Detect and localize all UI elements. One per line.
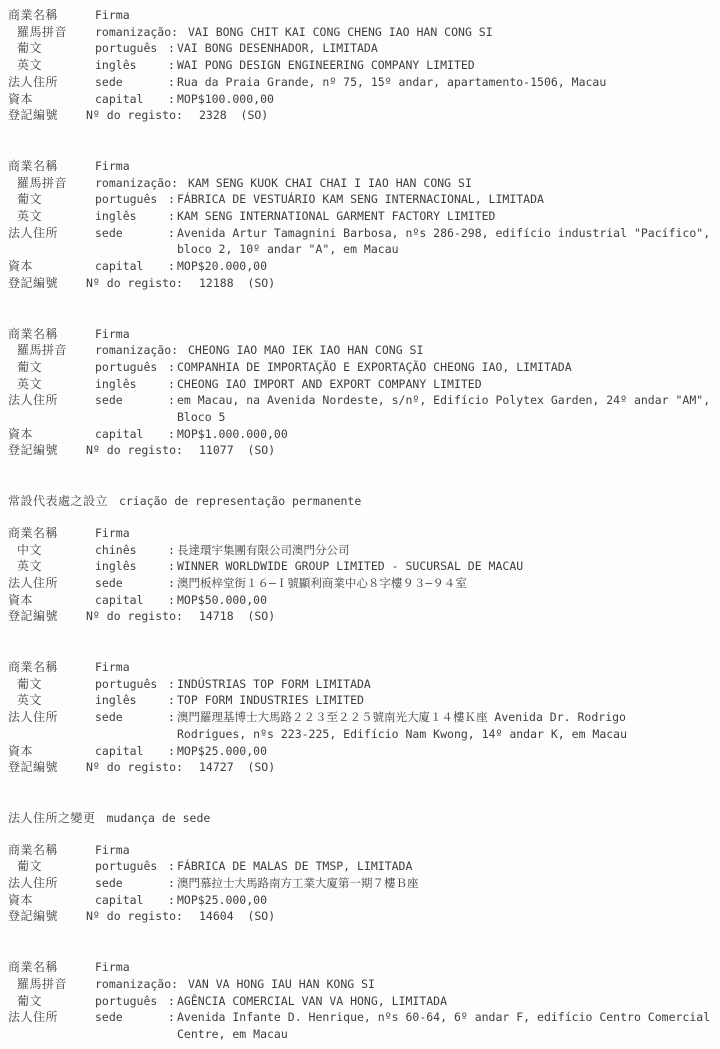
field-label-chinese: 葡文 xyxy=(17,359,42,376)
field-label-portuguese: Firma xyxy=(95,842,130,859)
field-label-chinese: 資本 xyxy=(8,258,33,275)
field-value: KAM SENG KUOK CHAI CHAI I IAO HAN CONG S… xyxy=(188,175,720,192)
field-value: INDÚSTRIAS TOP FORM LIMITADA xyxy=(177,676,720,693)
field-label-chinese: 登記編號 xyxy=(8,107,58,124)
field-value: MOP$100.000,00 xyxy=(177,91,720,108)
field-label-portuguese: português xyxy=(95,993,157,1010)
entry-field-row: 法人住所sede:Avenida Artur Tamagnini Barbosa… xyxy=(0,225,720,258)
entry-field-row: 法人住所sede:Rua da Praia Grande, nº 75, 15º… xyxy=(0,74,720,91)
field-value-line: KAM SENG INTERNATIONAL GARMENT FACTORY L… xyxy=(177,208,720,225)
field-colon: : xyxy=(168,542,175,559)
field-value: MOP$20.000,00 xyxy=(177,258,720,275)
field-label-chinese: 葡文 xyxy=(17,40,42,57)
entry-field-row: 商業名稱Firma xyxy=(0,959,720,976)
field-colon: : xyxy=(168,74,175,91)
field-value: FÁBRICA DE MALAS DE TMSP, LIMITADA xyxy=(177,858,720,875)
field-label-chinese: 登記編號 xyxy=(8,908,58,925)
field-label-portuguese: Firma xyxy=(95,959,130,976)
field-value-line: CHEONG IAO MAO IEK IAO HAN CONG SI xyxy=(188,342,720,359)
registry-entry: 商業名稱Firma葡文português:FÁBRICA DE MALAS DE… xyxy=(0,842,720,926)
entry-field-row: 葡文português:VAI BONG DESENHADOR, LIMITAD… xyxy=(0,40,720,57)
field-value: MOP$25.000,00 xyxy=(177,743,720,760)
entry-field-row: 資本capital:MOP$25.000,00 xyxy=(0,743,720,760)
field-value: FÁBRICA DE VESTUÁRIO KAM SENG INTERNACIO… xyxy=(177,191,720,208)
field-value: AGÊNCIA COMERCIAL VAN VA HONG, LIMITADA xyxy=(177,993,720,1010)
field-label-chinese: 資本 xyxy=(8,91,33,108)
field-label-chinese: 葡文 xyxy=(17,191,42,208)
field-value-line: 14604 (SO) xyxy=(199,908,720,925)
field-colon: : xyxy=(168,592,175,609)
field-label-chinese: 羅馬拼音 xyxy=(17,976,67,993)
field-label-portuguese: Nº do registo: xyxy=(86,442,183,459)
field-label-chinese: 法人住所 xyxy=(8,875,58,892)
field-colon: : xyxy=(168,575,175,592)
field-label-portuguese: português xyxy=(95,191,157,208)
entry-field-row: 商業名稱Firma xyxy=(0,842,720,859)
registry-entry: 商業名稱Firma中文chinês:長達環宇集團有限公司澳門分公司英文inglê… xyxy=(0,525,720,625)
field-label-chinese: 羅馬拼音 xyxy=(17,24,67,41)
field-colon: : xyxy=(168,1009,175,1026)
field-value: WAI PONG DESIGN ENGINEERING COMPANY LIMI… xyxy=(177,57,720,74)
section-heading-chinese: 常設代表處之設立 xyxy=(8,494,108,508)
field-value: VAI BONG CHIT KAI CONG CHENG IAO HAN CON… xyxy=(188,24,720,41)
field-value-line: MOP$20.000,00 xyxy=(177,258,720,275)
field-colon: : xyxy=(168,392,175,409)
field-label-chinese: 英文 xyxy=(17,57,42,74)
entry-field-row: 法人住所sede:澳門羅理基博士大馬路２２３至２２５號南光大廈１４樓Ｋ座 Ave… xyxy=(0,709,720,742)
field-label-portuguese: Firma xyxy=(95,326,130,343)
field-label-chinese: 法人住所 xyxy=(8,709,58,726)
field-label-chinese: 商業名稱 xyxy=(8,7,58,24)
entry-field-row: 葡文português:COMPANHIA DE IMPORTAÇÃO E EX… xyxy=(0,359,720,376)
field-value-line: 14727 (SO) xyxy=(199,759,720,776)
field-label-portuguese: inglês xyxy=(95,376,137,393)
field-value-line: 澳門板梓堂街１６—Ｉ號顯利商業中心８字樓９３—９４室 xyxy=(177,575,720,592)
entry-field-row: 法人住所sede:Avenida Infante D. Henrique, nº… xyxy=(0,1009,720,1042)
field-colon: : xyxy=(168,676,175,693)
entry-field-row: 葡文português:FÁBRICA DE VESTUÁRIO KAM SEN… xyxy=(0,191,720,208)
field-label-chinese: 登記編號 xyxy=(8,608,58,625)
registry-entry: 商業名稱Firma羅馬拼音romanização:KAM SENG KUOK C… xyxy=(0,158,720,292)
entry-field-row: 資本capital:MOP$50.000,00 xyxy=(0,592,720,609)
registry-entry: 商業名稱Firma羅馬拼音romanização:VAN VA HONG IAU… xyxy=(0,959,720,1043)
field-label-chinese: 法人住所 xyxy=(8,575,58,592)
field-value-line: VAN VA HONG IAU HAN KONG SI xyxy=(188,976,720,993)
field-label-chinese: 商業名稱 xyxy=(8,842,58,859)
field-label-portuguese: capital xyxy=(95,426,143,443)
field-value: 14727 (SO) xyxy=(199,759,720,776)
field-value: 2328 (SO) xyxy=(199,107,720,124)
field-value-line: KAM SENG KUOK CHAI CHAI I IAO HAN CONG S… xyxy=(188,175,720,192)
field-value-line: bloco 2, 10º andar "A", em Macau xyxy=(177,241,720,258)
section-heading: 常設代表處之設立 criação de representação perman… xyxy=(0,493,720,510)
field-value: Avenida Artur Tamagnini Barbosa, nºs 286… xyxy=(177,225,720,258)
field-value-line: Rua da Praia Grande, nº 75, 15º andar, a… xyxy=(177,74,720,91)
field-colon: : xyxy=(168,858,175,875)
field-colon: : xyxy=(168,57,175,74)
field-label-portuguese: inglês xyxy=(95,208,137,225)
registry-entry: 商業名稱Firma羅馬拼音romanização:CHEONG IAO MAO … xyxy=(0,326,720,460)
field-value-line: Bloco 5 xyxy=(177,409,720,426)
field-value: 11077 (SO) xyxy=(199,442,720,459)
gazette-section: 商業名稱Firma羅馬拼音romanização:VAI BONG CHIT K… xyxy=(0,7,720,459)
field-value: 澳門板梓堂街１６—Ｉ號顯利商業中心８字樓９３—９４室 xyxy=(177,575,720,592)
entry-field-row: 法人住所sede:澳門慕拉士大馬路南方工業大廈第一期７樓Ｂ座 xyxy=(0,875,720,892)
field-label-portuguese: Nº do registo: xyxy=(86,908,183,925)
field-label-portuguese: romanização: xyxy=(95,976,178,993)
field-label-chinese: 登記編號 xyxy=(8,759,58,776)
field-value: 長達環宇集團有限公司澳門分公司 xyxy=(177,542,720,559)
field-label-portuguese: inglês xyxy=(95,692,137,709)
entry-field-row: 英文inglês:WINNER WORLDWIDE GROUP LIMITED … xyxy=(0,558,720,575)
field-value-line: CHEONG IAO IMPORT AND EXPORT COMPANY LIM… xyxy=(177,376,720,393)
registry-document-page: 商業名稱Firma羅馬拼音romanização:VAI BONG CHIT K… xyxy=(0,0,720,1049)
field-colon: : xyxy=(168,258,175,275)
field-label-portuguese: romanização: xyxy=(95,342,178,359)
field-value-line: 澳門慕拉士大馬路南方工業大廈第一期７樓Ｂ座 xyxy=(177,875,720,892)
field-value: VAN VA HONG IAU HAN KONG SI xyxy=(188,976,720,993)
entry-field-row: 資本capital:MOP$100.000,00 xyxy=(0,91,720,108)
field-label-portuguese: português xyxy=(95,676,157,693)
entry-field-row: 葡文português:INDÚSTRIAS TOP FORM LIMITADA xyxy=(0,676,720,693)
entry-field-row: 登記編號Nº do registo:14727 (SO) xyxy=(0,759,720,776)
field-label-portuguese: capital xyxy=(95,258,143,275)
field-value: 12188 (SO) xyxy=(199,275,720,292)
field-label-portuguese: Nº do registo: xyxy=(86,275,183,292)
field-label-chinese: 中文 xyxy=(17,542,42,559)
field-label-portuguese: Nº do registo: xyxy=(86,107,183,124)
field-colon: : xyxy=(168,426,175,443)
field-colon: : xyxy=(168,743,175,760)
field-label-chinese: 法人住所 xyxy=(8,225,58,242)
entry-field-row: 登記編號Nº do registo:11077 (SO) xyxy=(0,442,720,459)
field-value-line: MOP$1.000.000,00 xyxy=(177,426,720,443)
field-value-line: MOP$25.000,00 xyxy=(177,743,720,760)
field-label-portuguese: sede xyxy=(95,575,123,592)
field-label-chinese: 法人住所 xyxy=(8,74,58,91)
field-label-chinese: 資本 xyxy=(8,892,33,909)
field-label-chinese: 葡文 xyxy=(17,676,42,693)
entry-field-row: 法人住所sede:澳門板梓堂街１６—Ｉ號顯利商業中心８字樓９３—９４室 xyxy=(0,575,720,592)
field-value-line: MOP$100.000,00 xyxy=(177,91,720,108)
field-label-chinese: 葡文 xyxy=(17,858,42,875)
field-label-chinese: 葡文 xyxy=(17,993,42,1010)
section-heading-chinese: 法人住所之變更 xyxy=(8,811,96,825)
field-colon: : xyxy=(168,225,175,242)
entry-field-row: 葡文português:AGÊNCIA COMERCIAL VAN VA HON… xyxy=(0,993,720,1010)
field-label-chinese: 英文 xyxy=(17,558,42,575)
entry-field-row: 商業名稱Firma xyxy=(0,326,720,343)
field-value-line: 14718 (SO) xyxy=(199,608,720,625)
field-colon: : xyxy=(168,208,175,225)
field-label-portuguese: sede xyxy=(95,392,123,409)
field-colon: : xyxy=(168,892,175,909)
gazette-section: 法人住所之變更 mudança de sede商業名稱Firma葡文portug… xyxy=(0,810,720,1043)
field-label-chinese: 法人住所 xyxy=(8,1009,58,1026)
field-value: 14604 (SO) xyxy=(199,908,720,925)
field-value-line: Centre, em Macau xyxy=(177,1026,720,1043)
field-label-chinese: 羅馬拼音 xyxy=(17,342,67,359)
field-value: 澳門羅理基博士大馬路２２３至２２５號南光大廈１４樓Ｋ座 Avenida Dr. … xyxy=(177,709,720,742)
section-heading-portuguese: mudança de sede xyxy=(106,811,210,825)
registry-entry: 商業名稱Firma羅馬拼音romanização:VAI BONG CHIT K… xyxy=(0,7,720,124)
field-value-line: em Macau, na Avenida Nordeste, s/nº, Edi… xyxy=(177,392,720,409)
field-value-line: Rodrigues, nºs 223-225, Edifício Nam Kwo… xyxy=(177,726,720,743)
field-colon: : xyxy=(168,993,175,1010)
entry-field-row: 英文inglês:TOP FORM INDUSTRIES LIMITED xyxy=(0,692,720,709)
field-value: 14718 (SO) xyxy=(199,608,720,625)
field-label-chinese: 商業名稱 xyxy=(8,326,58,343)
entry-field-row: 中文chinês:長達環宇集團有限公司澳門分公司 xyxy=(0,542,720,559)
field-label-portuguese: Firma xyxy=(95,158,130,175)
entry-field-row: 資本capital:MOP$20.000,00 xyxy=(0,258,720,275)
field-label-portuguese: chinês xyxy=(95,542,137,559)
field-label-chinese: 商業名稱 xyxy=(8,659,58,676)
field-label-portuguese: inglês xyxy=(95,57,137,74)
registry-entry: 商業名稱Firma葡文português:INDÚSTRIAS TOP FORM… xyxy=(0,659,720,776)
field-label-chinese: 商業名稱 xyxy=(8,525,58,542)
field-value: CHEONG IAO MAO IEK IAO HAN CONG SI xyxy=(188,342,720,359)
field-value-line: INDÚSTRIAS TOP FORM LIMITADA xyxy=(177,676,720,693)
section-heading-portuguese: criação de representação permanente xyxy=(119,494,361,508)
field-label-chinese: 英文 xyxy=(17,208,42,225)
entry-field-row: 羅馬拼音romanização:CHEONG IAO MAO IEK IAO H… xyxy=(0,342,720,359)
field-value: MOP$1.000.000,00 xyxy=(177,426,720,443)
field-colon: : xyxy=(168,692,175,709)
entry-field-row: 登記編號Nº do registo:14604 (SO) xyxy=(0,908,720,925)
entry-field-row: 登記編號Nº do registo:12188 (SO) xyxy=(0,275,720,292)
entry-field-row: 商業名稱Firma xyxy=(0,659,720,676)
field-label-portuguese: Firma xyxy=(95,7,130,24)
field-value: Rua da Praia Grande, nº 75, 15º andar, a… xyxy=(177,74,720,91)
entry-field-row: 葡文português:FÁBRICA DE MALAS DE TMSP, LI… xyxy=(0,858,720,875)
field-value-line: VAI BONG DESENHADOR, LIMITADA xyxy=(177,40,720,57)
entry-field-row: 法人住所sede:em Macau, na Avenida Nordeste, … xyxy=(0,392,720,425)
field-value-line: TOP FORM INDUSTRIES LIMITED xyxy=(177,692,720,709)
field-label-portuguese: capital xyxy=(95,743,143,760)
gazette-section: 常設代表處之設立 criação de representação perman… xyxy=(0,493,720,776)
field-label-portuguese: Nº do registo: xyxy=(86,759,183,776)
field-label-portuguese: sede xyxy=(95,709,123,726)
field-colon: : xyxy=(168,91,175,108)
field-colon: : xyxy=(168,376,175,393)
field-value: Avenida Infante D. Henrique, nºs 60-64, … xyxy=(177,1009,720,1042)
entry-field-row: 資本capital:MOP$25.000,00 xyxy=(0,892,720,909)
entry-field-row: 羅馬拼音romanização:KAM SENG KUOK CHAI CHAI … xyxy=(0,175,720,192)
field-value-line: MOP$25.000,00 xyxy=(177,892,720,909)
field-label-chinese: 法人住所 xyxy=(8,392,58,409)
field-label-portuguese: sede xyxy=(95,875,123,892)
field-value-line: WINNER WORLDWIDE GROUP LIMITED - SUCURSA… xyxy=(177,558,720,575)
field-label-portuguese: romanização: xyxy=(95,175,178,192)
field-label-portuguese: sede xyxy=(95,1009,123,1026)
field-label-portuguese: Nº do registo: xyxy=(86,608,183,625)
field-colon: : xyxy=(168,558,175,575)
field-value: WINNER WORLDWIDE GROUP LIMITED - SUCURSA… xyxy=(177,558,720,575)
field-label-chinese: 資本 xyxy=(8,426,33,443)
field-label-portuguese: capital xyxy=(95,592,143,609)
field-value-line: 11077 (SO) xyxy=(199,442,720,459)
entry-field-row: 羅馬拼音romanização:VAN VA HONG IAU HAN KONG… xyxy=(0,976,720,993)
field-value-line: 12188 (SO) xyxy=(199,275,720,292)
field-value-line: VAI BONG CHIT KAI CONG CHENG IAO HAN CON… xyxy=(188,24,720,41)
field-label-chinese: 英文 xyxy=(17,376,42,393)
field-value-line: COMPANHIA DE IMPORTAÇÃO E EXPORTAÇÃO CHE… xyxy=(177,359,720,376)
entry-field-row: 英文inglês:KAM SENG INTERNATIONAL GARMENT … xyxy=(0,208,720,225)
field-value: MOP$50.000,00 xyxy=(177,592,720,609)
entry-field-row: 商業名稱Firma xyxy=(0,525,720,542)
field-label-chinese: 英文 xyxy=(17,692,42,709)
entry-field-row: 商業名稱Firma xyxy=(0,158,720,175)
field-label-chinese: 資本 xyxy=(8,743,33,760)
field-label-portuguese: português xyxy=(95,359,157,376)
field-value: 澳門慕拉士大馬路南方工業大廈第一期７樓Ｂ座 xyxy=(177,875,720,892)
field-value-line: FÁBRICA DE VESTUÁRIO KAM SENG INTERNACIO… xyxy=(177,191,720,208)
field-colon: : xyxy=(168,191,175,208)
entry-field-row: 資本capital:MOP$1.000.000,00 xyxy=(0,426,720,443)
field-value: COMPANHIA DE IMPORTAÇÃO E EXPORTAÇÃO CHE… xyxy=(177,359,720,376)
field-value-line: Avenida Artur Tamagnini Barbosa, nºs 286… xyxy=(177,225,720,242)
field-value: CHEONG IAO IMPORT AND EXPORT COMPANY LIM… xyxy=(177,376,720,393)
field-label-chinese: 商業名稱 xyxy=(8,959,58,976)
field-value-line: Avenida Infante D. Henrique, nºs 60-64, … xyxy=(177,1009,720,1026)
field-label-chinese: 資本 xyxy=(8,592,33,609)
field-label-portuguese: sede xyxy=(95,225,123,242)
field-value-line: AGÊNCIA COMERCIAL VAN VA HONG, LIMITADA xyxy=(177,993,720,1010)
field-label-portuguese: capital xyxy=(95,91,143,108)
field-label-portuguese: sede xyxy=(95,74,123,91)
field-value: em Macau, na Avenida Nordeste, s/nº, Edi… xyxy=(177,392,720,425)
field-value: VAI BONG DESENHADOR, LIMITADA xyxy=(177,40,720,57)
field-value-line: WAI PONG DESIGN ENGINEERING COMPANY LIMI… xyxy=(177,57,720,74)
field-label-chinese: 登記編號 xyxy=(8,275,58,292)
field-value-line: 2328 (SO) xyxy=(199,107,720,124)
entry-field-row: 登記編號Nº do registo:2328 (SO) xyxy=(0,107,720,124)
field-label-portuguese: português xyxy=(95,40,157,57)
entry-field-row: 英文inglês:CHEONG IAO IMPORT AND EXPORT CO… xyxy=(0,376,720,393)
field-label-portuguese: Firma xyxy=(95,525,130,542)
section-heading: 法人住所之變更 mudança de sede xyxy=(0,810,720,827)
field-label-chinese: 羅馬拼音 xyxy=(17,175,67,192)
entry-field-row: 羅馬拼音romanização:VAI BONG CHIT KAI CONG C… xyxy=(0,24,720,41)
field-label-chinese: 登記編號 xyxy=(8,442,58,459)
field-value-line: 澳門羅理基博士大馬路２２３至２２５號南光大廈１４樓Ｋ座 Avenida Dr. … xyxy=(177,709,720,726)
field-colon: : xyxy=(168,359,175,376)
field-label-portuguese: inglês xyxy=(95,558,137,575)
field-label-portuguese: capital xyxy=(95,892,143,909)
entry-field-row: 登記編號Nº do registo:14718 (SO) xyxy=(0,608,720,625)
field-label-portuguese: português xyxy=(95,858,157,875)
field-label-portuguese: Firma xyxy=(95,659,130,676)
entry-field-row: 英文inglês:WAI PONG DESIGN ENGINEERING COM… xyxy=(0,57,720,74)
field-label-chinese: 商業名稱 xyxy=(8,158,58,175)
field-value: MOP$25.000,00 xyxy=(177,892,720,909)
entry-field-row: 商業名稱Firma xyxy=(0,7,720,24)
field-value-line: 長達環宇集團有限公司澳門分公司 xyxy=(177,542,720,559)
field-value-line: FÁBRICA DE MALAS DE TMSP, LIMITADA xyxy=(177,858,720,875)
field-value: TOP FORM INDUSTRIES LIMITED xyxy=(177,692,720,709)
field-colon: : xyxy=(168,875,175,892)
field-label-portuguese: romanização: xyxy=(95,24,178,41)
field-colon: : xyxy=(168,40,175,57)
field-value-line: MOP$50.000,00 xyxy=(177,592,720,609)
field-value: KAM SENG INTERNATIONAL GARMENT FACTORY L… xyxy=(177,208,720,225)
field-colon: : xyxy=(168,709,175,726)
